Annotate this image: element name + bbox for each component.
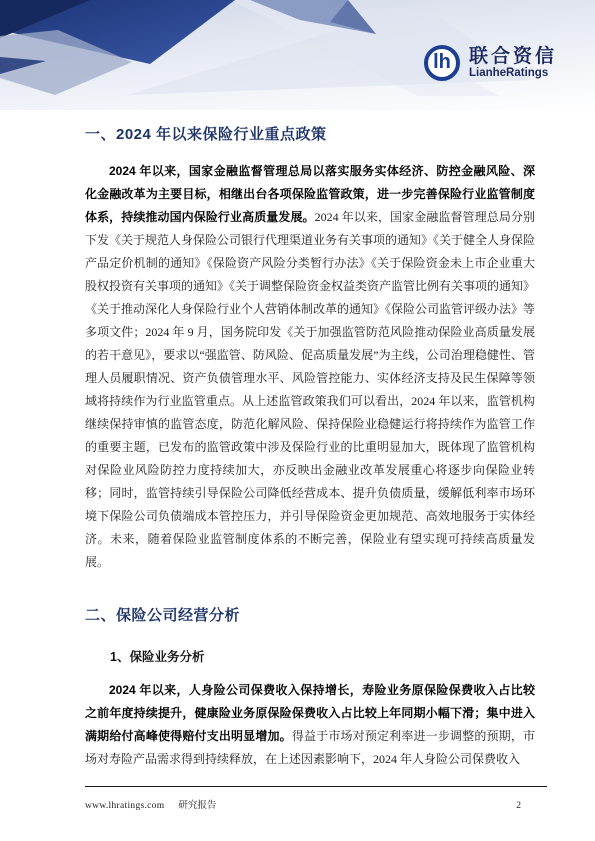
section-2-paragraph: 2024 年以来，人身险公司保费收入保持增长，寿险业务原保险保费收入占比较之前年… (85, 679, 535, 771)
logo-name-en: LianheRatings (469, 67, 557, 80)
footer-divider (85, 786, 547, 787)
document-content: 一、2024 年以来保险行业重点政策 2024 年以来，国家金融监督管理总局以落… (85, 123, 535, 771)
section-1-paragraph-body: 2024 年以来，国家金融监督管理总局分别下发《关于规范人身保险公司银行代理渠道… (85, 210, 535, 569)
page-header: lh 联合资信 LianheRatings (0, 0, 595, 110)
page-footer: www.lhratings.com 研究报告 2 (85, 797, 547, 811)
section-1-heading: 一、2024 年以来保险行业重点政策 (85, 123, 535, 144)
footer-doc-type: 研究报告 (178, 797, 216, 811)
logo-name-zh: 联合资信 (469, 46, 557, 67)
section-2-subheading: 1、保险业务分析 (85, 647, 535, 665)
lianhe-ratings-logo: lh 联合资信 LianheRatings (424, 45, 557, 81)
section-1-paragraph: 2024 年以来，国家金融监督管理总局以落实服务实体经济、防控金融风险、深化金融… (85, 160, 535, 574)
lianhe-logo-icon: lh (424, 45, 460, 81)
footer-website: www.lhratings.com (85, 801, 164, 811)
logo-text: 联合资信 LianheRatings (469, 46, 557, 80)
report-page: lh 联合资信 LianheRatings 一、2024 年以来保险行业重点政策… (0, 0, 595, 841)
page-number: 2 (516, 801, 547, 811)
section-2-heading: 二、保险公司经营分析 (85, 604, 535, 625)
